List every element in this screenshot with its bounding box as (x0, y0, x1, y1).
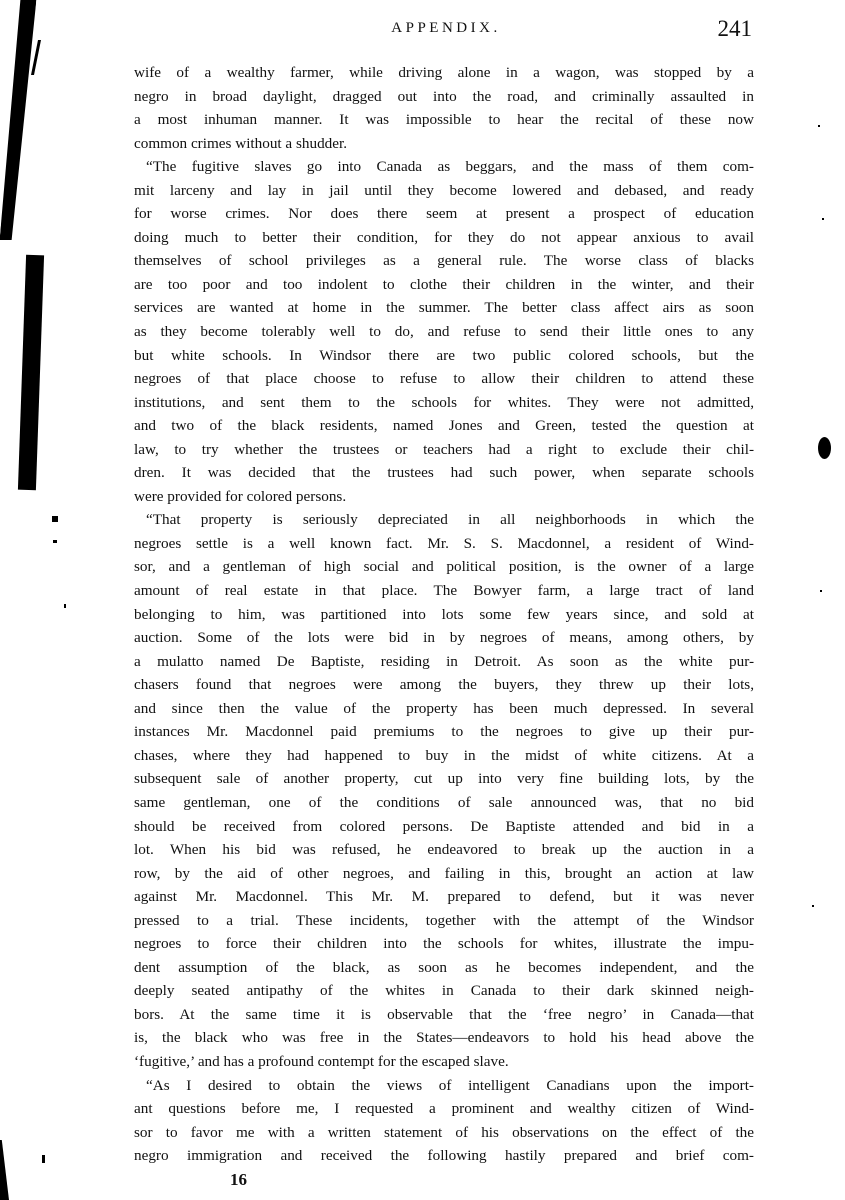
text-line: pressed to a trial. These incidents, tog… (134, 909, 754, 933)
text-line: sor to favor me with a written statement… (134, 1121, 754, 1145)
speck (52, 516, 58, 522)
text-line: instances Mr. Macdonnel paid premiums to… (134, 720, 754, 744)
text-line: sor, and a gentleman of high social and … (134, 555, 754, 579)
text-line: auction. Some of the lots were bid in by… (134, 626, 754, 650)
text-line: law, to try whether the trustees or teac… (134, 438, 754, 462)
speck (42, 1155, 45, 1163)
speck (820, 590, 822, 592)
speck (818, 125, 820, 127)
binding-shadow-sliver (31, 40, 41, 75)
text-line: negroes of that place choose to refuse t… (134, 367, 754, 391)
text-line: doing much to better their condition, fo… (134, 226, 754, 250)
speck (53, 540, 57, 543)
text-line: themselves of school privileges as a gen… (134, 249, 754, 273)
text-line: common crimes without a shudder. (134, 132, 754, 156)
text-line: negro immigration and received the follo… (134, 1144, 754, 1168)
speck (822, 218, 824, 220)
body-text: wife of a wealthy farmer, while driving … (134, 61, 754, 1168)
ink-blot (818, 437, 831, 459)
text-line: and two of the black residents, named Jo… (134, 414, 754, 438)
text-line: row, by the aid of other negroes, and fa… (134, 862, 754, 886)
text-line: belonging to him, was partitioned into l… (134, 603, 754, 627)
speck (812, 905, 814, 907)
text-line: a mulatto named De Baptiste, residing in… (134, 650, 754, 674)
text-line: services are wanted at home in the summe… (134, 296, 754, 320)
running-title: APPENDIX. (136, 20, 756, 37)
text-line: “The fugitive slaves go into Canada as b… (134, 155, 754, 179)
text-line: subsequent sale of another property, cut… (134, 767, 754, 791)
text-line: chases, where they had happened to buy i… (134, 744, 754, 768)
text-line: lot. When his bid was refused, he endeav… (134, 838, 754, 862)
text-line: chasers found that negroes were among th… (134, 673, 754, 697)
text-line: as they become tolerably well to do, and… (134, 320, 754, 344)
text-line: are too poor and too indolent to clothe … (134, 273, 754, 297)
text-line: negroes settle is a well known fact. Mr.… (134, 532, 754, 556)
text-line: wife of a wealthy farmer, while driving … (134, 61, 754, 85)
text-line: dent assumption of the black, as soon as… (134, 956, 754, 980)
text-line: institutions, and sent them to the schoo… (134, 391, 754, 415)
text-line: but white schools. In Windsor there are … (134, 344, 754, 368)
scanned-page: APPENDIX. 241 wife of a wealthy farmer, … (0, 0, 845, 1200)
text-line: deeply seated antipathy of the whites in… (134, 979, 754, 1003)
text-line: is, the black who was free in the States… (134, 1026, 754, 1050)
text-line: bors. At the same time it is observable … (134, 1003, 754, 1027)
text-line: amount of real estate in that place. The… (134, 579, 754, 603)
page-number: 241 (718, 16, 753, 42)
binding-shadow-top (0, 0, 36, 240)
text-line: against Mr. Macdonnel. This Mr. M. prepa… (134, 885, 754, 909)
text-line: mit larceny and lay in jail until they b… (134, 179, 754, 203)
text-line: should be received from colored persons.… (134, 815, 754, 839)
binding-shadow-middle (18, 255, 44, 490)
text-line: and since then the value of the property… (134, 697, 754, 721)
text-line: ‘fugitive,’ and has a profound contempt … (134, 1050, 754, 1074)
text-line: “That property is seriously depreciated … (134, 508, 754, 532)
text-line: negroes to force their children into the… (134, 932, 754, 956)
text-line: “As I desired to obtain the views of int… (134, 1074, 754, 1098)
text-line: same gentleman, one of the conditions of… (134, 791, 754, 815)
text-line: were provided for colored persons. (134, 485, 754, 509)
binding-shadow-bottom (0, 1140, 9, 1200)
text-line: dren. It was decided that the trustees h… (134, 461, 754, 485)
signature-mark: 16 (230, 1170, 247, 1190)
text-line: ant questions before me, I requested a p… (134, 1097, 754, 1121)
text-line: a most inhuman manner. It was impossible… (134, 108, 754, 132)
running-head: APPENDIX. 241 (136, 18, 756, 48)
speck (64, 604, 66, 608)
text-line: for worse crimes. Nor does there seem at… (134, 202, 754, 226)
text-line: negro in broad daylight, dragged out int… (134, 85, 754, 109)
